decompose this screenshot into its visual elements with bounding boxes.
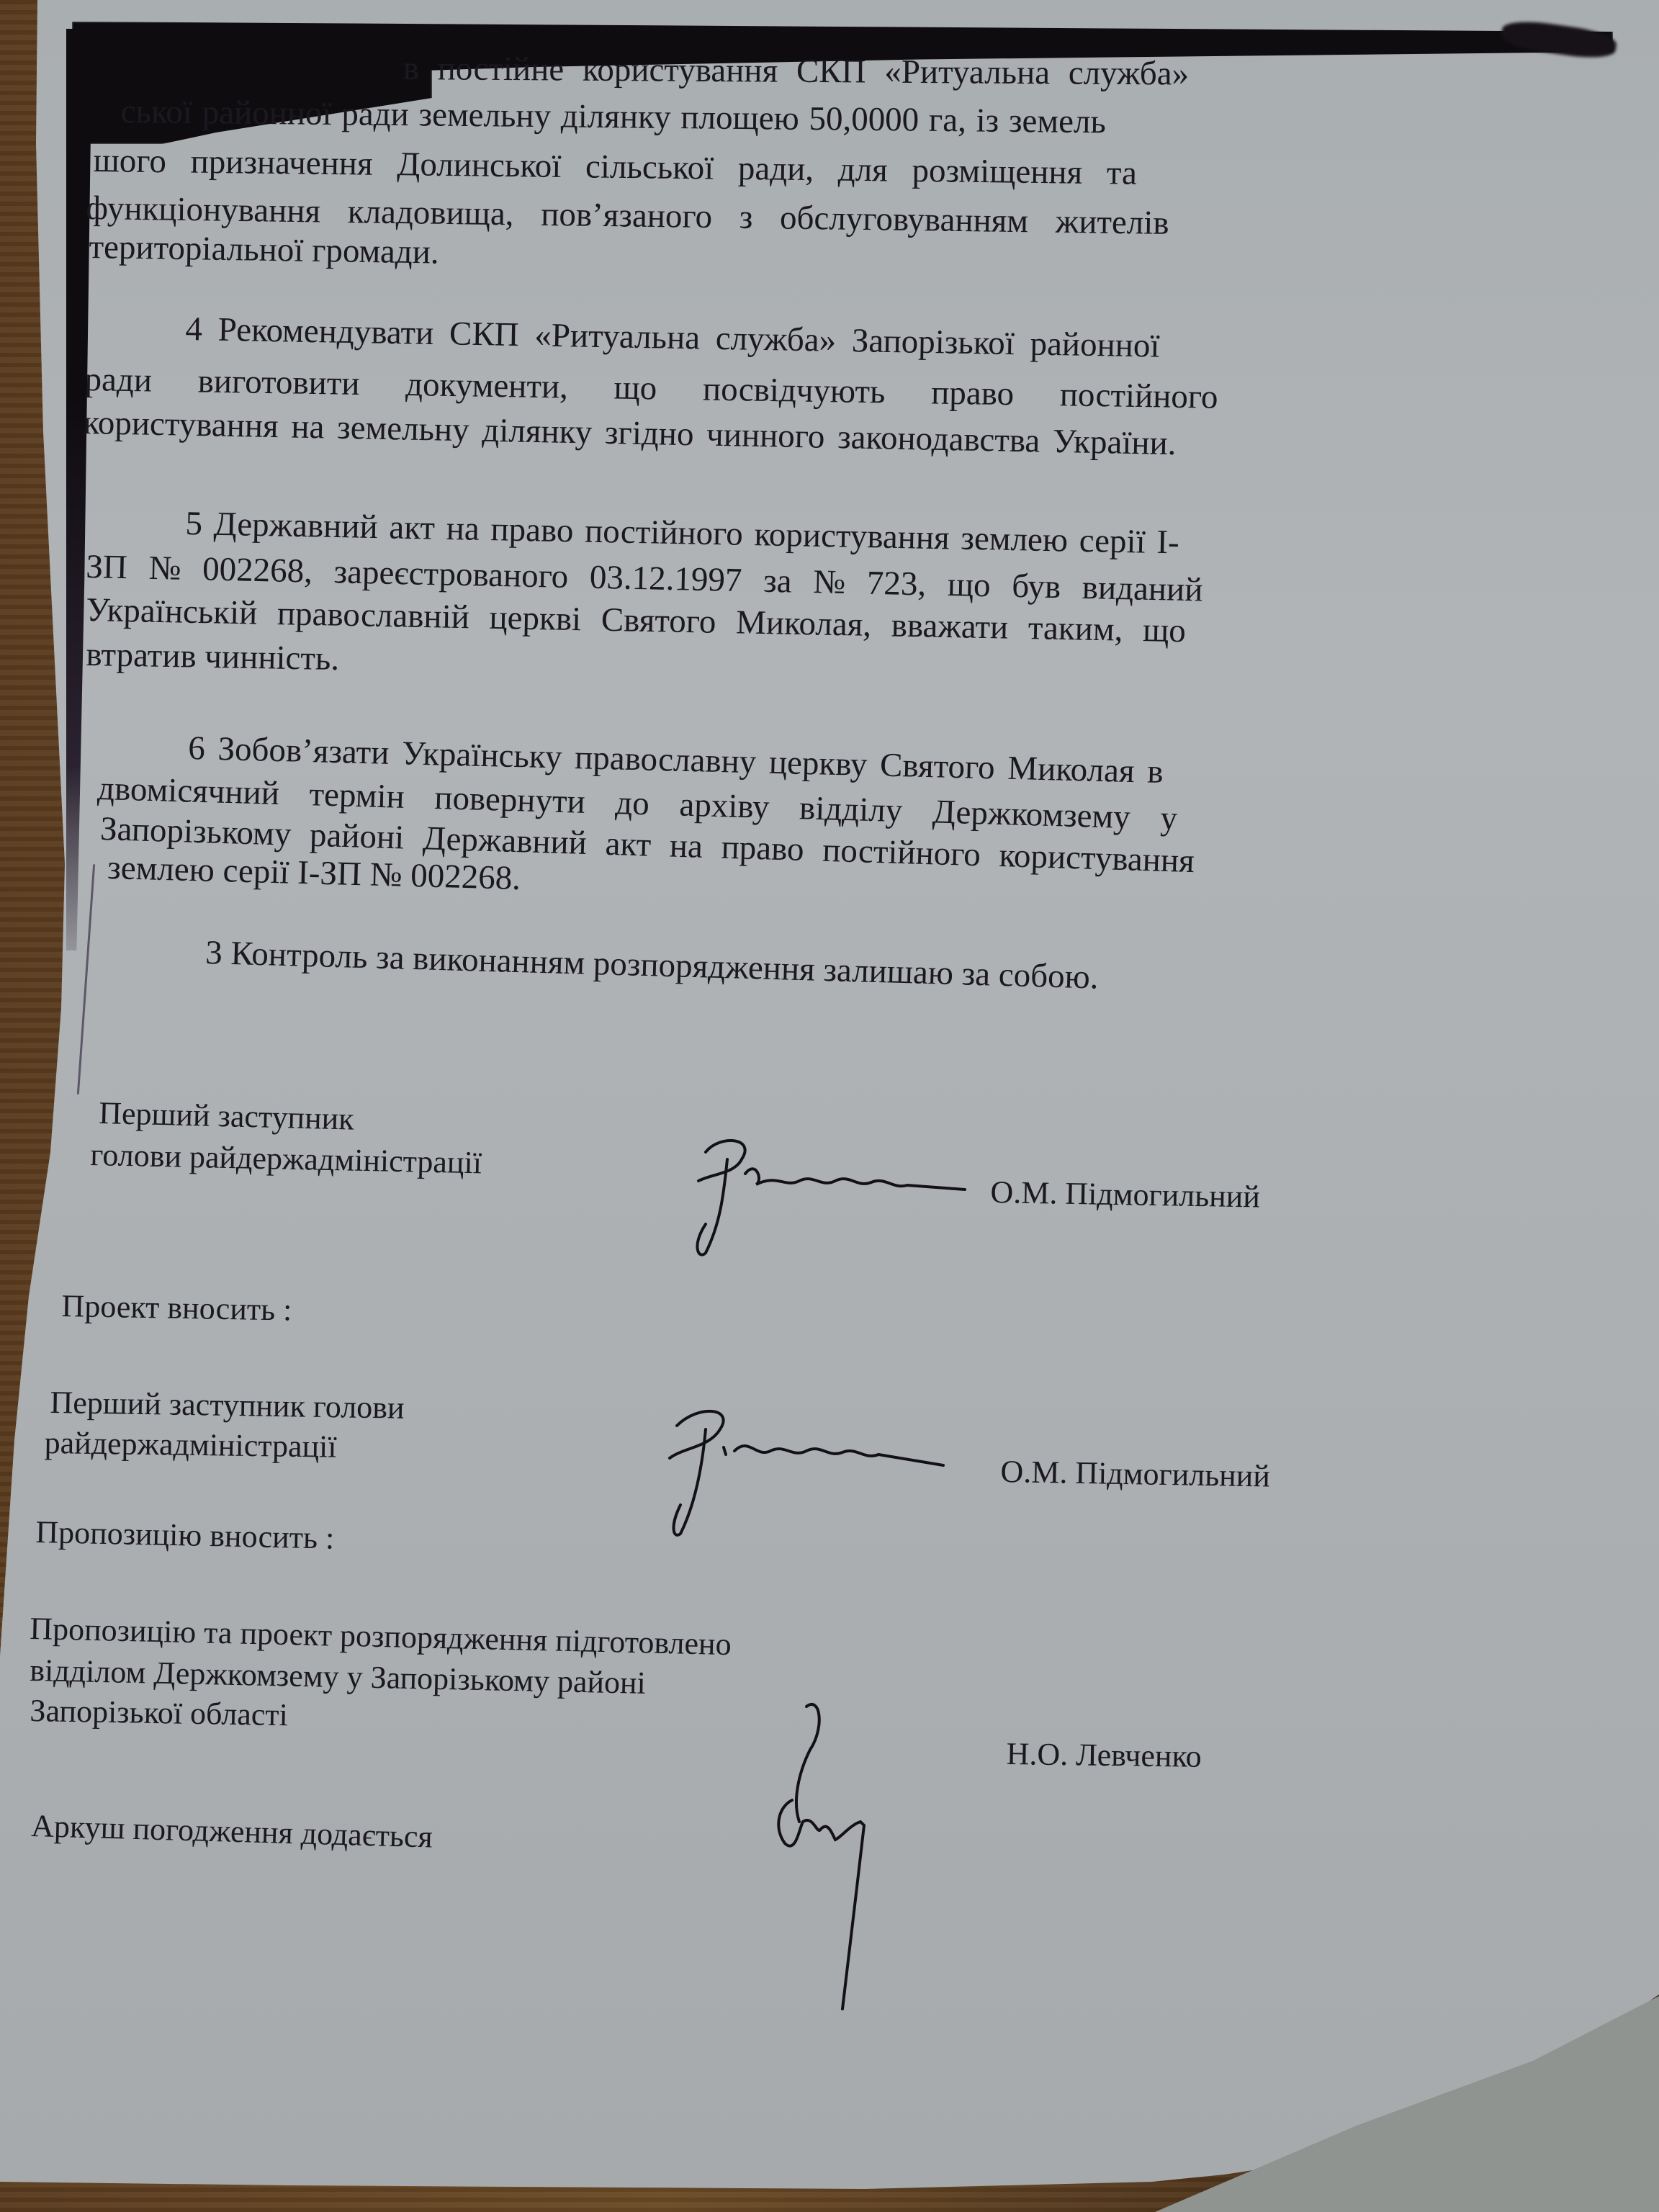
text-line: 4 Рекомендувати СКП «Ритуальна служба» З… — [185, 310, 1160, 366]
signatory-title-line: райдержадміністрації — [44, 1424, 337, 1465]
signatory-title-line: Перший заступник голови — [50, 1384, 405, 1426]
signatory-title-line: голови райдержадміністрації — [90, 1136, 482, 1181]
signature-levchenko — [734, 1699, 922, 2016]
attachment-note: Аркуш погодження додається — [31, 1807, 433, 1856]
document-page: в постійне користування СКП «Ритуальна с… — [0, 0, 1659, 2212]
text-line: територіальної громади. — [89, 228, 439, 272]
signatory-name: О.М. Підмогильний — [990, 1174, 1260, 1215]
prepared-by-line: Запорізької області — [30, 1692, 288, 1733]
text-line: 3 Контроль за виконанням розпорядження з… — [204, 933, 1099, 997]
signatory-name: Н.О. Левченко — [1006, 1735, 1202, 1775]
text-line: втратив чинність. — [86, 635, 340, 678]
text-line: в постійне користування СКП «Ритуальна с… — [403, 49, 1190, 94]
text-line: шого призначення Долинської сільської ра… — [93, 141, 1137, 193]
signatory-name: О.М. Підмогильний — [1000, 1453, 1270, 1495]
signatory-title-line: Перший заступник — [99, 1094, 355, 1138]
text-line: ської районної ради земельну ділянку пло… — [120, 92, 1106, 141]
project-submits-label: Проект вносить : — [61, 1287, 292, 1328]
proposal-submits-label: Пропозицію вносить : — [35, 1514, 335, 1557]
signature-pidmohylnyi-1 — [677, 1130, 994, 1260]
signature-pidmohylnyi-2 — [641, 1397, 986, 1541]
